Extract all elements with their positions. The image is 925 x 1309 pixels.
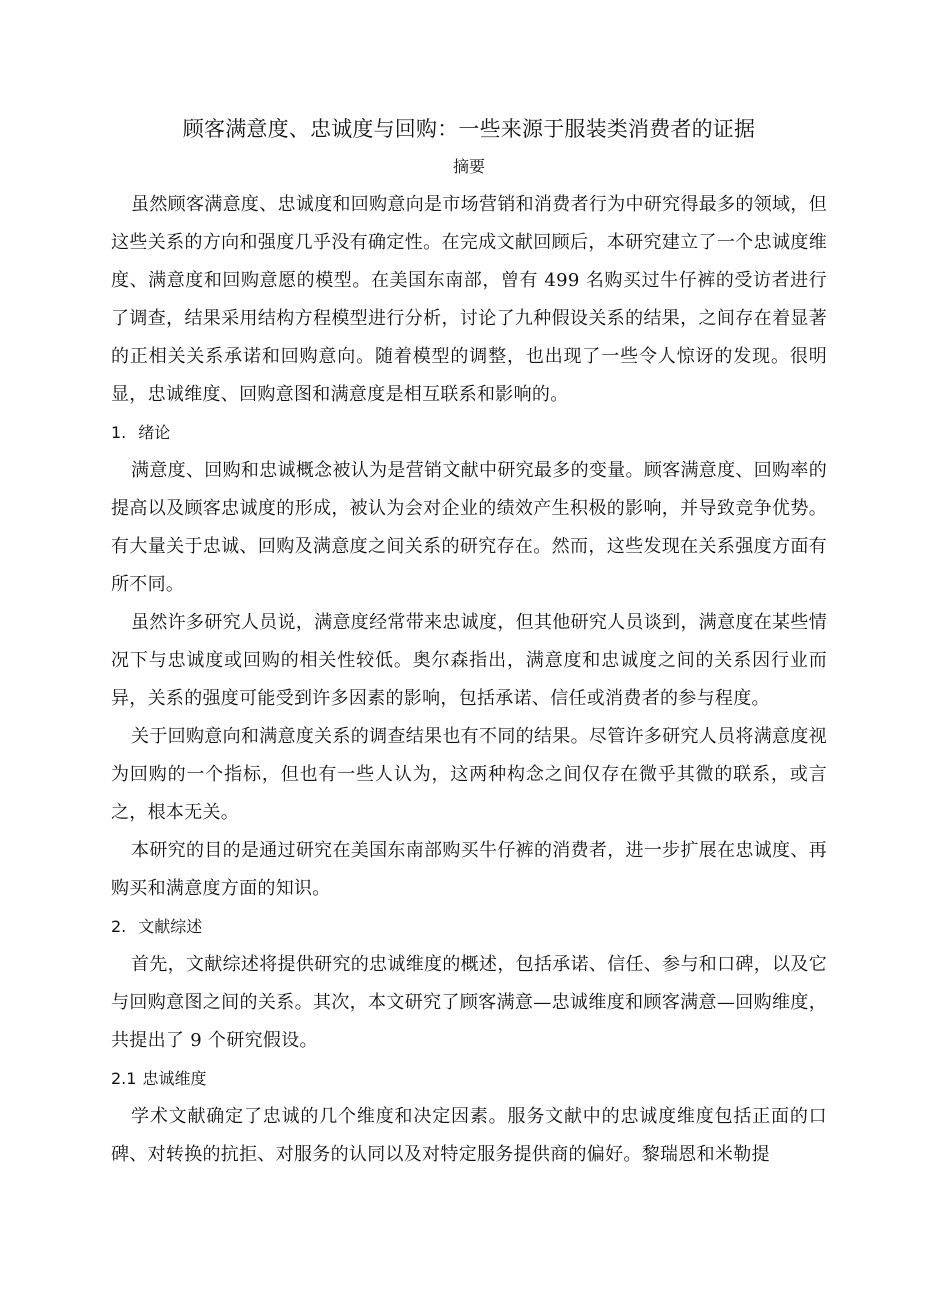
- abstract-paragraph: 虽然顾客满意度、忠诚度和回购意向是市场营销和消费者行为中研究得最多的领域，但这些…: [111, 186, 827, 414]
- section-number: 2.1: [111, 1069, 136, 1088]
- section-title: 忠诚维度: [142, 1069, 206, 1088]
- body-paragraph: 首先，文献综述将提供研究的忠诚维度的概述，包括承诺、信任、参与和口碑，以及它与回…: [111, 946, 827, 1060]
- section-heading: 1.绪论: [111, 414, 827, 452]
- section-heading: 2.文献综述: [111, 908, 827, 946]
- section-number: 2.: [111, 917, 126, 936]
- document-page: 顾客满意度、忠诚度与回购：一些来源于服装类消费者的证据 摘要 虽然顾客满意度、忠…: [111, 112, 827, 1174]
- section-literature-review: 2.文献综述 首先，文献综述将提供研究的忠诚维度的概述，包括承诺、信任、参与和口…: [111, 908, 827, 1060]
- subsection-heading: 2.1忠诚维度: [111, 1060, 827, 1098]
- body-paragraph: 本研究的目的是通过研究在美国东南部购买牛仔裤的消费者，进一步扩展在忠诚度、再购买…: [111, 832, 827, 908]
- body-paragraph: 满意度、回购和忠诚概念被认为是营销文献中研究最多的变量。顾客满意度、回购率的提高…: [111, 452, 827, 604]
- section-title: 绪论: [138, 423, 170, 442]
- section-loyalty-dimensions: 2.1忠诚维度 学术文献确定了忠诚的几个维度和决定因素。服务文献中的忠诚度维度包…: [111, 1060, 827, 1174]
- body-paragraph: 虽然许多研究人员说，满意度经常带来忠诚度，但其他研究人员谈到，满意度在某些情况下…: [111, 604, 827, 718]
- section-introduction: 1.绪论 满意度、回购和忠诚概念被认为是营销文献中研究最多的变量。顾客满意度、回…: [111, 414, 827, 908]
- section-number: 1.: [111, 423, 126, 442]
- body-paragraph: 学术文献确定了忠诚的几个维度和决定因素。服务文献中的忠诚度维度包括正面的口碑、对…: [111, 1098, 827, 1174]
- document-title: 顾客满意度、忠诚度与回购：一些来源于服装类消费者的证据: [111, 112, 827, 146]
- body-paragraph: 关于回购意向和满意度关系的调查结果也有不同的结果。尽管许多研究人员将满意度视为回…: [111, 718, 827, 832]
- abstract-heading: 摘要: [111, 148, 827, 186]
- section-title: 文献综述: [138, 917, 202, 936]
